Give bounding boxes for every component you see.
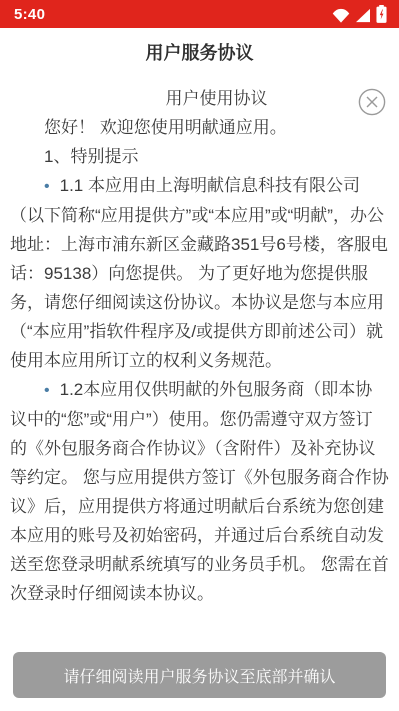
agreement-scroll-area[interactable]: 用户使用协议 您好！ 欢迎您使用明献通应用。 1、特别提示 •1.1 本应用由上… (0, 76, 399, 646)
status-icons (332, 5, 387, 23)
footer: 请仔细阅读用户服务协议至底部并确认 (13, 652, 386, 698)
confirm-read-button[interactable]: 请仔细阅读用户服务协议至底部并确认 (13, 652, 386, 698)
battery-charging-icon (376, 5, 387, 23)
bullet-dot-icon: • (44, 178, 50, 195)
greeting-text: 您好！ 欢迎您使用明献通应用。 (10, 113, 389, 142)
agreement-paragraph: •1.1 本应用由上海明献信息科技有限公司（以下简称“应用提供方”或“本应用”或… (10, 171, 389, 375)
status-bar: 5:40 (0, 0, 399, 28)
close-icon (358, 88, 386, 116)
agreement-paragraph: •1.2本应用仅供明献的外包服务商（即本协议中的“您”或“用户”）使用。您仍需遵… (10, 375, 389, 608)
bullet-dot-icon: • (44, 382, 50, 399)
signal-triangle-icon (355, 8, 371, 23)
close-button[interactable] (358, 88, 386, 116)
page-title: 用户服务协议 (146, 39, 254, 65)
wifi-icon (332, 8, 350, 23)
titlebar: 用户服务协议 (0, 28, 399, 76)
status-time: 5:40 (14, 6, 45, 23)
paragraph-text: 1.2本应用仅供明献的外包服务商（即本协议中的“您”或“用户”）使用。您仍需遵守… (10, 380, 389, 603)
paragraph-text: 1.1 本应用由上海明献信息科技有限公司（以下简称“应用提供方”或“本应用”或“… (10, 176, 388, 370)
section-title: 1、特别提示 (10, 142, 389, 171)
dialog-heading: 用户使用协议 (10, 84, 389, 113)
